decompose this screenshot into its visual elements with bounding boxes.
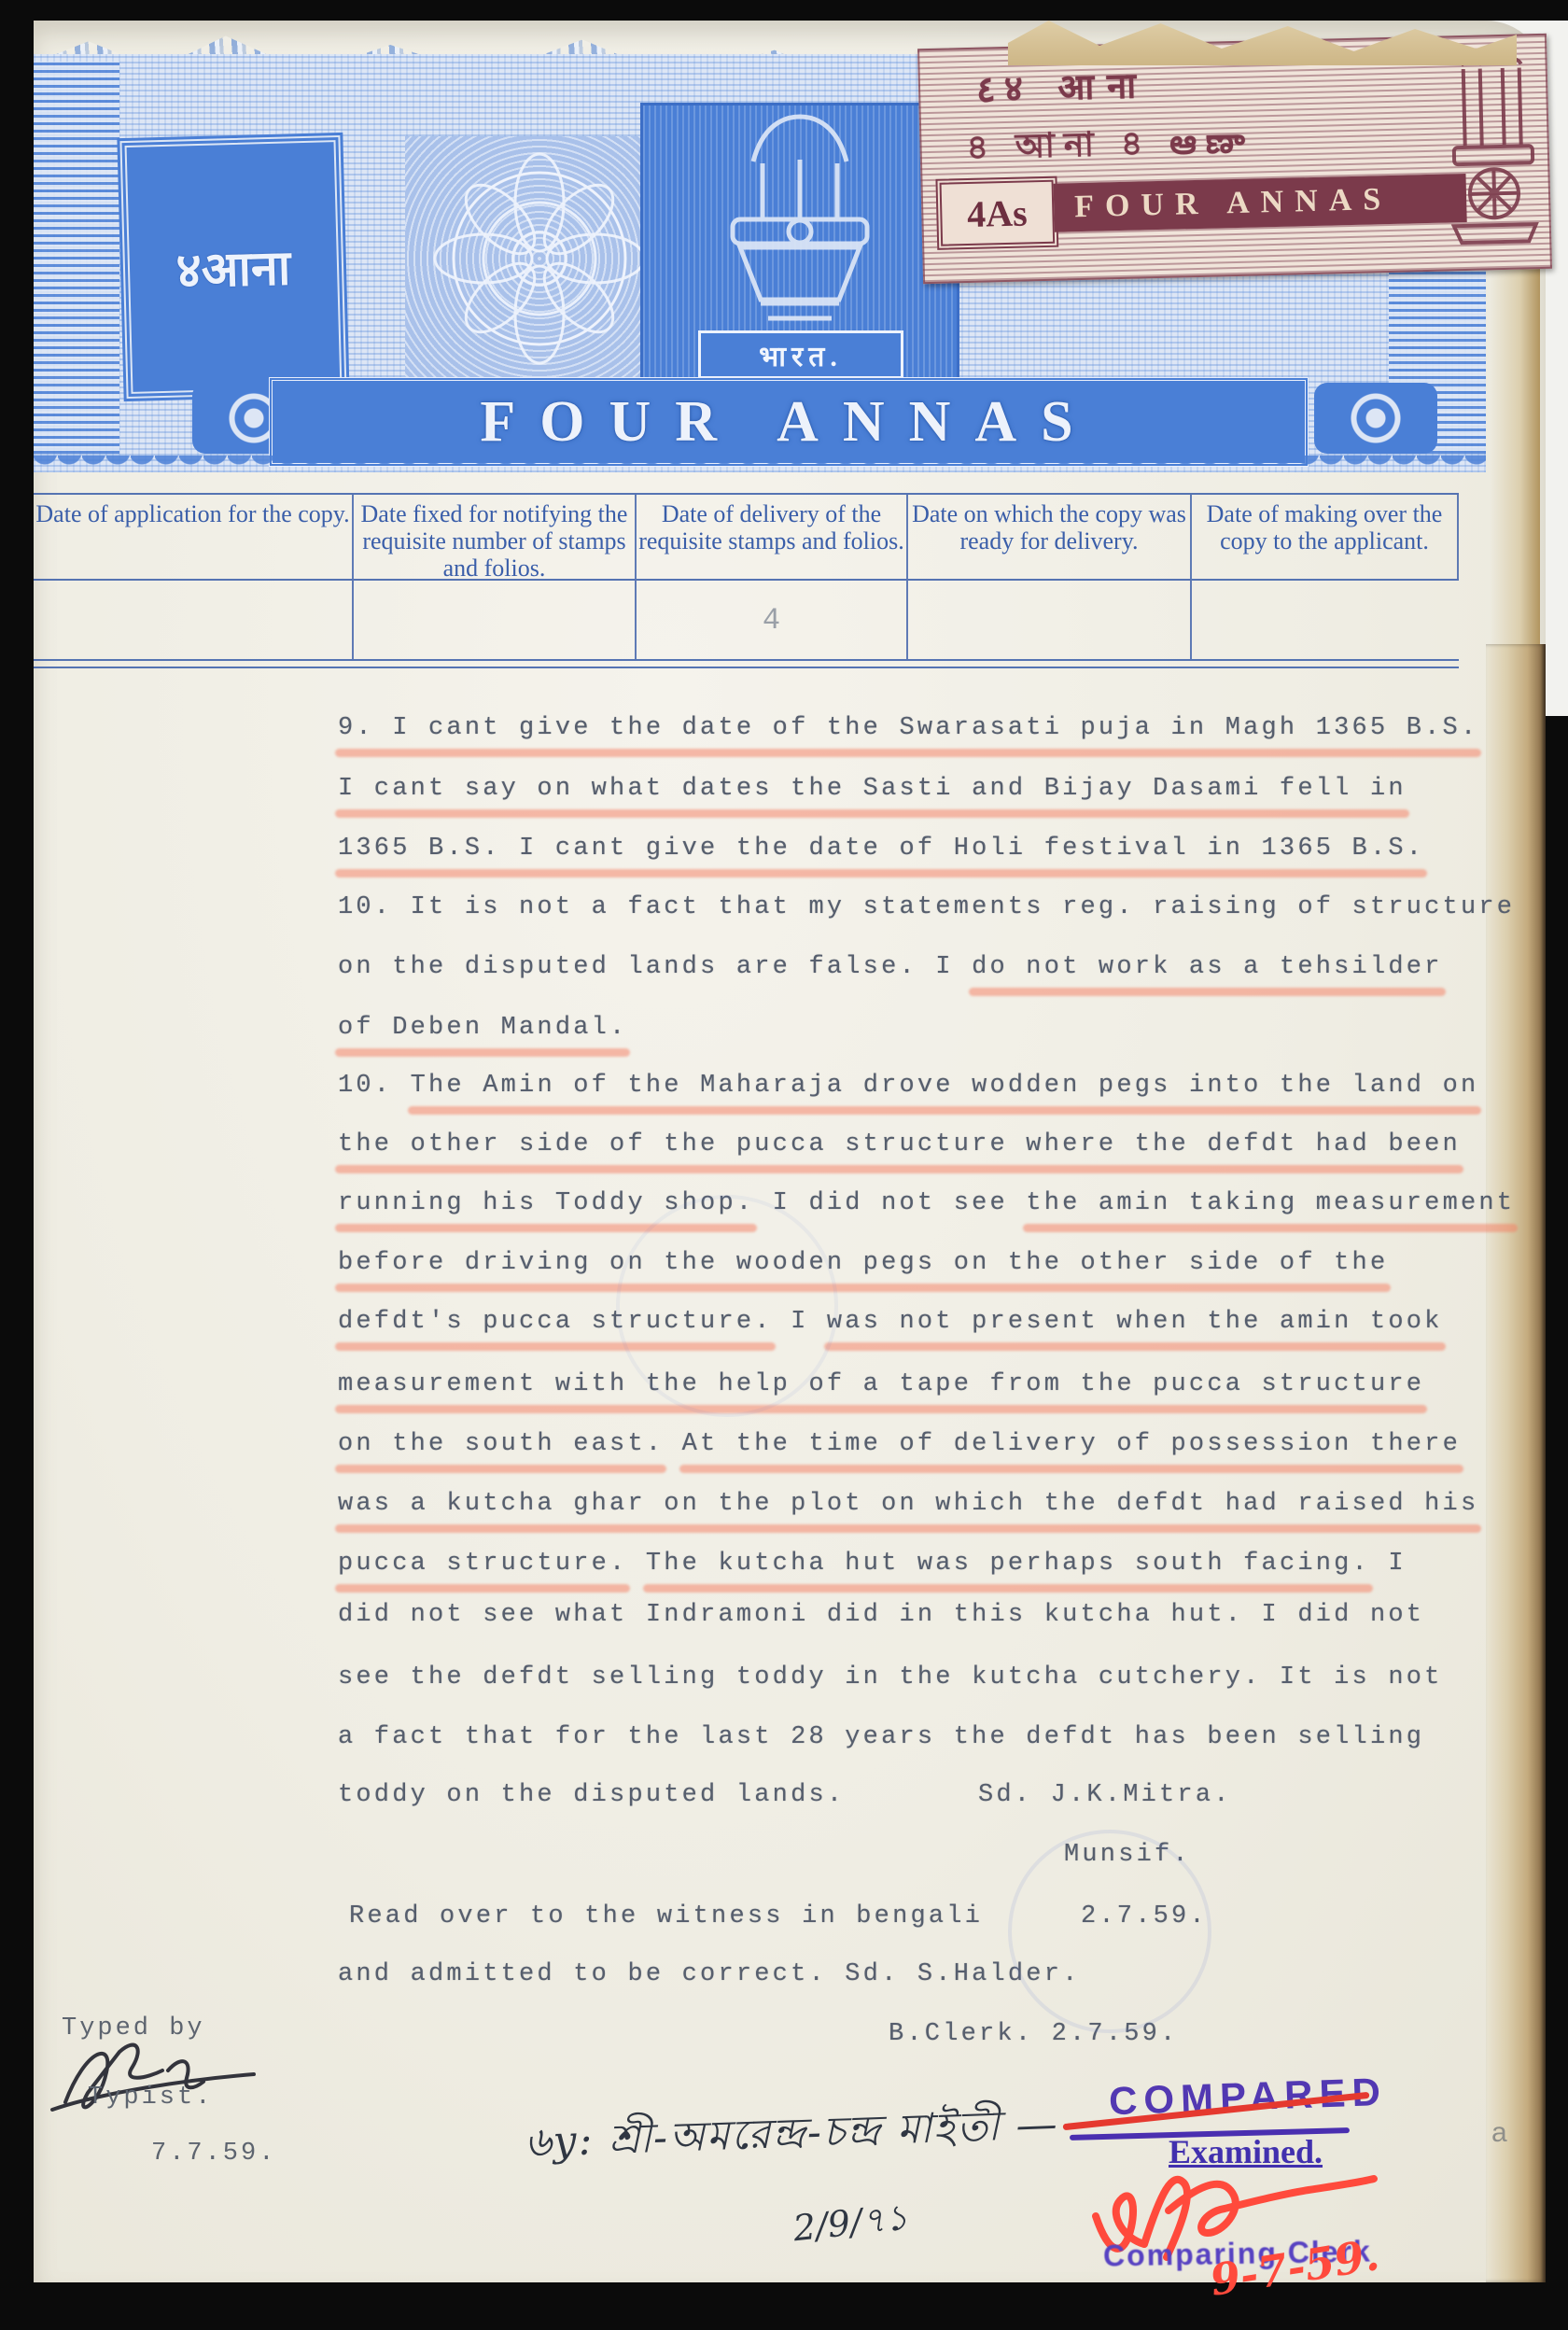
typed-segment: I did not see xyxy=(754,1189,1026,1217)
typed-segment-underlined: was not present when the amin took xyxy=(827,1308,1443,1336)
typed-segment: a fact that for the last 28 years the de… xyxy=(338,1723,1424,1751)
typed-segment: I xyxy=(1370,1550,1407,1578)
typed-line: running his Toddy shop. I did not see th… xyxy=(338,1189,1515,1217)
typed-line: 10. The Amin of the Maharaja drove wodde… xyxy=(338,1072,1478,1100)
typed-segment-underlined: on the south east. xyxy=(338,1430,664,1458)
scanned-document-photo: ४आना xyxy=(0,0,1568,2330)
typed-segment-underlined: before driving on the wooden pegs on the… xyxy=(338,1249,1388,1277)
typed-segment-underlined: of Deben Mandal. xyxy=(338,1014,627,1042)
typed-date: 7.7.59. xyxy=(151,2140,276,2168)
typed-segment-underlined: the amin taking measurement xyxy=(1026,1189,1515,1217)
page-edge-letter: a xyxy=(1491,2117,1507,2149)
typed-segment-underlined: measurement with the help of a tape from… xyxy=(338,1370,1424,1398)
typed-line: on the south east. At the time of delive… xyxy=(338,1430,1461,1458)
typed-segment-underlined: was a kutcha ghar on the plot on which t… xyxy=(338,1490,1478,1518)
ghost-seal-impression xyxy=(1008,1830,1211,2033)
handwritten-date: 2/9/৭১ xyxy=(791,2190,911,2262)
typed-segment-underlined: The kutcha hut was perhaps south facing. xyxy=(646,1550,1370,1578)
ghost-seal-impression xyxy=(616,1195,838,1417)
typed-line: a fact that for the last 28 years the de… xyxy=(338,1723,1424,1751)
typed-line: 9. I cant give the date of the Swarasati… xyxy=(338,714,1478,742)
typed-segment: see the defdt selling toddy in the kutch… xyxy=(338,1663,1443,1691)
typed-line: did not see what Indramoni did in this k… xyxy=(338,1601,1424,1629)
typed-segment-underlined: I cant say on what dates the Sasti and B… xyxy=(338,775,1407,803)
typed-segment: Read over to the witness in bengali xyxy=(349,1902,983,1930)
deposition-text-block: 9. I cant give the date of the Swarasati… xyxy=(0,0,1568,2330)
typist-signature xyxy=(45,2028,269,2130)
typed-segment: and admitted to be correct. Sd. S.Halder… xyxy=(338,1960,1081,1988)
typed-line: defdt's pucca structure. I was not prese… xyxy=(338,1308,1443,1336)
typed-line: Read over to the witness in bengali xyxy=(349,1902,983,1930)
typed-segment-underlined: At the time of delivery of possession th… xyxy=(682,1430,1461,1458)
typed-segment xyxy=(664,1430,681,1458)
typed-segment-underlined: 1365 B.S. I cant give the date of Holi f… xyxy=(338,835,1424,863)
typist-label: Typist. xyxy=(88,2084,213,2112)
typed-segment-underlined: do not work as a tehsilder xyxy=(972,953,1442,981)
typed-segment xyxy=(627,1550,645,1578)
typed-segment-underlined: The Amin of the Maharaja drove wodden pe… xyxy=(411,1072,1479,1100)
typed-line: before driving on the wooden pegs on the… xyxy=(338,1249,1388,1277)
typed-segment-underlined: the other side of the pucca structure wh… xyxy=(338,1130,1461,1158)
typed-segment: 10. xyxy=(338,1072,411,1100)
typed-segment-underlined: pucca structure. xyxy=(338,1550,627,1578)
typed-line: toddy on the disputed lands. xyxy=(338,1781,845,1809)
typed-line: on the disputed lands are false. I do no… xyxy=(338,953,1443,981)
typed-segment: did not see what Indramoni did in this k… xyxy=(338,1601,1424,1629)
typed-segment: toddy on the disputed lands. xyxy=(338,1781,845,1809)
typed-line: the other side of the pucca structure wh… xyxy=(338,1130,1461,1158)
typed-line: was a kutcha ghar on the plot on which t… xyxy=(338,1490,1478,1518)
typed-line: see the defdt selling toddy in the kutch… xyxy=(338,1663,1443,1691)
typed-line: pucca structure. The kutcha hut was perh… xyxy=(338,1550,1407,1578)
typed-segment-underlined: 9. I cant give the date of the Swarasati… xyxy=(338,714,1478,742)
typed-line: 1365 B.S. I cant give the date of Holi f… xyxy=(338,835,1424,863)
typed-line: 10. It is not a fact that my statements … xyxy=(338,893,1515,921)
typed-line: and admitted to be correct. Sd. S.Halder… xyxy=(338,1960,1081,1988)
typed-segment: 10. It is not a fact that my statements … xyxy=(338,893,1515,921)
typed-line: measurement with the help of a tape from… xyxy=(338,1370,1424,1398)
typed-segment: on the disputed lands are false. I xyxy=(338,953,972,981)
typed-line-right: Sd. J.K.Mitra. xyxy=(978,1781,1232,1809)
typed-line: of Deben Mandal. xyxy=(338,1014,627,1042)
typed-line: I cant say on what dates the Sasti and B… xyxy=(338,775,1407,803)
